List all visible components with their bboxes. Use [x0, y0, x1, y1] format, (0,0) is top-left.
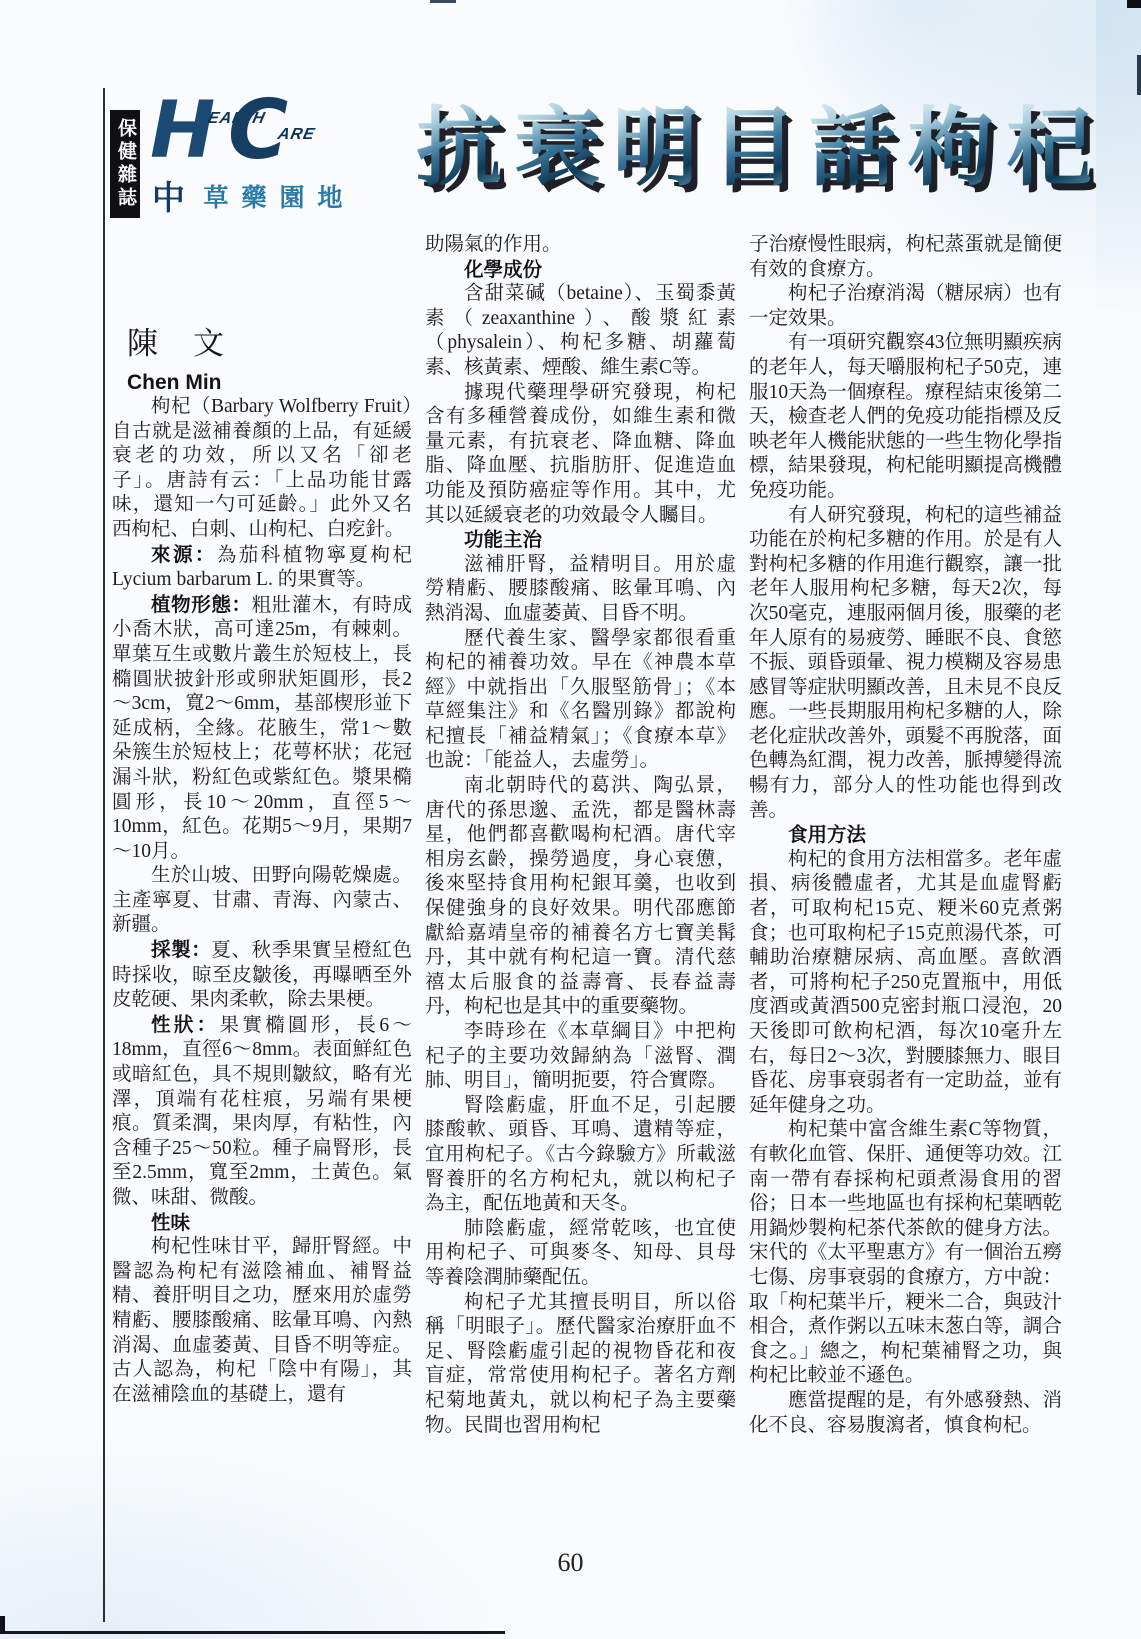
page-title: 抗衰明目話枸杞 — [416, 102, 1092, 194]
healthcare-logo: H EALTH C ARE — [150, 92, 400, 182]
paragraph-label: 來源： — [151, 544, 217, 566]
paragraph: 據現代藥理學研究發現，枸杞含有多種營養成份，如維生素和微量元素，有抗衰老、降血糖… — [425, 381, 736, 529]
scan-mark — [0, 1631, 505, 1634]
logo-letter-h: H — [150, 92, 215, 170]
paragraph: 南北朝時代的葛洪、陶弘景，唐代的孫思邈、孟洗，都是醫林壽星，他們都喜歡喝枸杞酒。… — [425, 774, 736, 1020]
left-rule-divider — [103, 88, 105, 1622]
paragraph: 枸杞性味甘平，歸肝腎經。中醫認為枸杞有滋陰補血、補腎益精、養肝明目之功，歷來用於… — [112, 1235, 412, 1407]
page-number: 60 — [0, 1548, 1141, 1578]
magazine-vertical-title: 保健雜誌 — [110, 110, 140, 218]
scan-mark — [1127, 0, 1141, 8]
paragraph: 植物形態：粗壯灌木，有時成小喬木狀，高可達25m，有棘刺。單葉互生或數片叢生於短… — [112, 593, 412, 865]
column-3: 子治療慢性眼病，枸杞蒸蛋就是簡便有效的食療方。枸杞子治療消渴（糖尿病）也有一定效… — [749, 233, 1062, 1438]
column-1: 枸杞（Barbary Wolfberry Fruit）自古就是滋補養顏的上品，有… — [112, 395, 412, 1407]
paragraph: 歷代養生家、醫學家都很看重枸杞的補養功效。早在《神農本草經》中就指出「久服堅筋骨… — [425, 627, 736, 775]
scan-wash — [0, 1440, 520, 1639]
logo-text-are: ARE — [276, 126, 317, 144]
paragraph: 採製：夏、秋季果實呈橙紅色時採收，晾至皮皺後，再曝晒至外皮乾硬、果肉柔軟，除去果… — [112, 938, 412, 1013]
section-heading: 性味 — [112, 1211, 412, 1236]
paragraph: 枸杞（Barbary Wolfberry Fruit）自古就是滋補養顏的上品，有… — [112, 395, 412, 543]
paragraph-label: 採製： — [151, 939, 211, 961]
section-label: 中 草藥園地 — [152, 172, 355, 219]
section-prefix: 中 — [152, 179, 185, 216]
scan-mark — [430, 0, 456, 3]
column-2: 助陽氣的作用。化學成份含甜菜碱（betaine）、玉蜀黍黃素（zeaxanthi… — [425, 233, 736, 1438]
section-heading: 食用方法 — [749, 823, 1062, 848]
author-name-en: Chen Min — [127, 371, 226, 395]
paragraph-label: 性狀： — [151, 1014, 220, 1036]
paragraph: 有人研究發現，枸杞的這些補益功能在於枸杞多糖的作用。於是有人對枸杞多糖的作用進行… — [749, 504, 1062, 824]
paragraph: 來源：為茄科植物寧夏枸杞Lycium barbarum L. 的果實等。 — [112, 543, 412, 593]
paragraph: 有一項研究觀察43位無明顯疾病的老年人，每天嚼服枸杞子50克，連服10天為一個療… — [749, 331, 1062, 503]
scan-mark — [1137, 55, 1141, 95]
scan-mark — [0, 1616, 5, 1633]
title-char: 目 — [711, 102, 797, 194]
paragraph: 腎陰虧虛，肝血不足，引起腰膝酸軟、頭昏、耳鳴、遺精等症，宜用枸杞子。《古今錄驗方… — [425, 1094, 736, 1217]
section-heading: 化學成份 — [425, 258, 736, 283]
author-name-cn: 陳 文 — [127, 318, 226, 363]
paragraph-label: 植物形態： — [151, 594, 252, 616]
title-char: 衰 — [514, 102, 600, 194]
paragraph: 助陽氣的作用。 — [425, 233, 736, 258]
paragraph: 枸杞子尤其擅長明目，所以俗稱「明眼子」。歷代醫家治療肝血不足、腎陰虧虛引起的視物… — [425, 1291, 736, 1439]
paragraph: 生於山坡、田野向陽乾燥處。主產寧夏、甘肅、青海、內蒙古、新疆。 — [112, 864, 412, 938]
title-char: 話 — [809, 102, 895, 194]
paragraph: 李時珍在《本草綱目》中把枸杞子的主要功效歸納為「滋腎、潤肺、明目」，簡明扼要，符… — [425, 1020, 736, 1094]
paragraph: 枸杞葉中富含維生素C等物質，有軟化血管、保肝、通便等功效。江南一帶有春採枸杞頭煮… — [749, 1118, 1062, 1389]
paragraph: 滋補肝腎，益精明目。用於虛勞精虧、腰膝酸痛、眩暈耳鳴、內熱消渴、血虛萎黃、目昏不… — [425, 553, 736, 627]
section-heading: 功能主治 — [425, 528, 736, 553]
section-name: 草藥園地 — [203, 184, 355, 212]
paragraph: 肺陰虧虛，經常乾咳，也宜使用枸杞子、可與麥冬、知母、貝母等養陰潤肺藥配伍。 — [425, 1217, 736, 1291]
author-block: 陳 文 Chen Min — [127, 318, 226, 395]
paragraph: 子治療慢性眼病，枸杞蒸蛋就是簡便有效的食療方。 — [749, 233, 1062, 282]
title-char: 枸 — [908, 102, 994, 194]
title-char: 抗 — [416, 102, 502, 194]
paragraph: 性狀：果實橢圓形，長6～18mm，直徑6～8mm。表面鮮紅色或暗紅色，具不規則皺… — [112, 1013, 412, 1211]
scan-wash — [1096, 0, 1141, 330]
title-char: 杞 — [1006, 102, 1092, 194]
magazine-masthead: 保健雜誌 H EALTH C ARE 中 草藥園地 — [110, 100, 410, 220]
title-char: 明 — [613, 102, 699, 194]
paragraph: 枸杞子治療消渴（糖尿病）也有一定效果。 — [749, 282, 1062, 331]
paragraph: 枸杞的食用方法相當多。老年虛損、病後體虛者，尤其是血虛腎虧者，可取枸杞15克、粳… — [749, 848, 1062, 1119]
paragraph: 應當提醒的是，有外感發熱、消化不良、容易腹瀉者，慎食枸杞。 — [749, 1389, 1062, 1438]
paragraph: 含甜菜碱（betaine）、玉蜀黍黃素（zeaxanthine）、酸漿紅素（ph… — [425, 282, 736, 380]
